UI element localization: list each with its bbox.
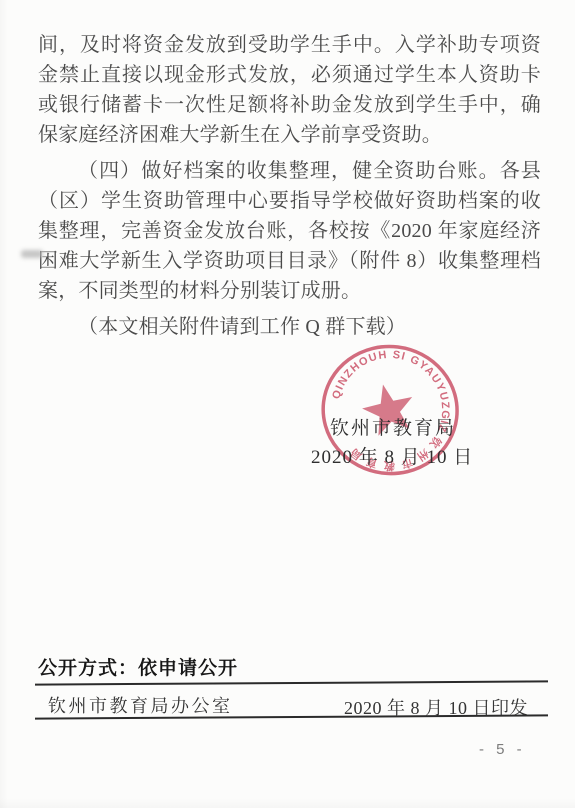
signature-date: 2020 年 8 月 10 日 (311, 442, 473, 469)
paragraph-continued: 间，及时将资金发放到受助学生手中。入学补助专项资金禁止直接以现金形式发放，必须通… (38, 30, 541, 150)
paragraph-item-4: （四）做好档案的收集整理，健全资助台账。各县（区）学生资助管理中心要指导学校做好… (38, 156, 541, 306)
page-number: - 5 - (479, 741, 526, 758)
issuing-office: 钦州市教育局办公室 (48, 692, 233, 718)
signature-agency: 钦州市教育局 (330, 413, 456, 440)
scan-smudge-artifact (21, 250, 43, 258)
footer-divider-top (35, 680, 548, 685)
disclosure-method-label: 公开方式：依申请公开 (38, 653, 238, 680)
paragraph-attachment-note: （本文相关附件请到工作 Q 群下载） (38, 312, 541, 342)
document-body: 间，及时将资金发放到受助学生手中。入学补助专项资金禁止直接以现金形式发放，必须通… (38, 30, 541, 348)
scanned-document-page: 间，及时将资金发放到受助学生手中。入学补助专项资金禁止直接以现金形式发放，必须通… (0, 0, 575, 808)
